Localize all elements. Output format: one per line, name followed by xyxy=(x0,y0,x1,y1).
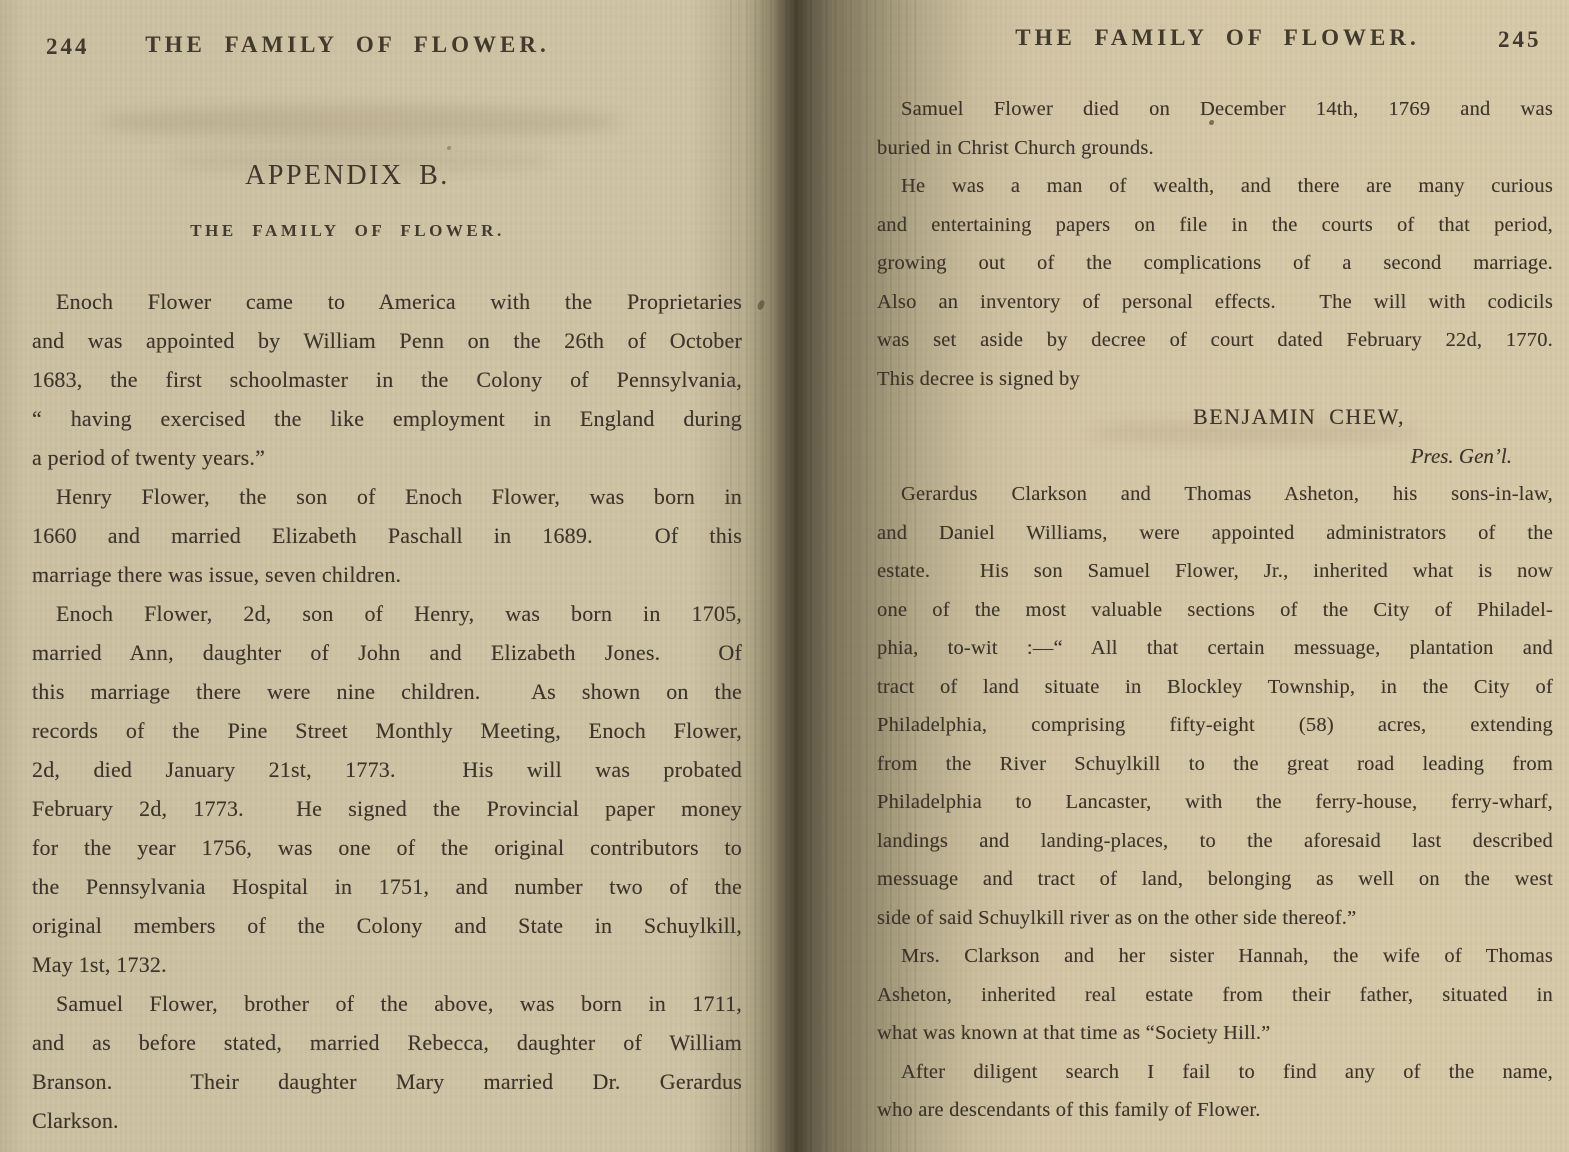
text-line: the Pennsylvania Hospital in 1751, and n… xyxy=(32,867,742,906)
right-page-number: 245 xyxy=(1498,27,1542,53)
text-line: Mrs. Clarkson and her sister Hannah, the… xyxy=(877,937,1553,976)
text-line: Enoch Flower came to America with the Pr… xyxy=(32,282,742,321)
paragraph: Samuel Flower died on December 14th, 176… xyxy=(877,90,1553,167)
right-page-paragraphs-top: Samuel Flower died on December 14th, 176… xyxy=(877,90,1553,398)
right-page-body: Samuel Flower died on December 14th, 176… xyxy=(877,90,1553,1130)
text-line: May 1st, 1732. xyxy=(32,945,742,984)
signature-block: BENJAMIN CHEW, Pres. Gen’l. xyxy=(877,398,1553,475)
text-line: Philadelphia, comprising fifty-eight (58… xyxy=(877,706,1553,745)
text-line: and as before stated, married Rebecca, d… xyxy=(32,1023,742,1062)
text-line: was set aside by decree of court dated F… xyxy=(877,321,1553,360)
left-running-title: THE FAMILY OF FLOWER. xyxy=(35,32,660,58)
left-page-body: Enoch Flower came to America with the Pr… xyxy=(32,282,742,1140)
text-line: He was a man of wealth, and there are ma… xyxy=(877,167,1553,206)
text-line: one of the most valuable sections of the… xyxy=(877,591,1553,630)
paragraph: He was a man of wealth, and there are ma… xyxy=(877,167,1553,398)
signature-title: Pres. Gen’l. xyxy=(877,437,1553,476)
text-line: buried in Christ Church grounds. xyxy=(877,129,1553,168)
signature-name: BENJAMIN CHEW, xyxy=(877,398,1553,437)
show-through-smudge xyxy=(100,105,620,139)
text-line: phia, to-wit :—“ All that certain messua… xyxy=(877,629,1553,668)
paragraph: After diligent search I fail to find any… xyxy=(877,1053,1553,1130)
text-line: and Daniel Williams, were appointed admi… xyxy=(877,514,1553,553)
text-line: Asheton, inherited real estate from thei… xyxy=(877,976,1553,1015)
appendix-heading: APPENDIX B. xyxy=(35,160,660,192)
paragraph: Henry Flower, the son of Enoch Flower, w… xyxy=(32,477,742,594)
ink-speck xyxy=(447,146,451,150)
text-line: 2d, died January 21st, 1773. His will wa… xyxy=(32,750,742,789)
text-line: records of the Pine Street Monthly Meeti… xyxy=(32,711,742,750)
text-line: marriage there was issue, seven children… xyxy=(32,555,742,594)
text-line: from the River Schuylkill to the great r… xyxy=(877,745,1553,784)
text-line: Also an inventory of personal effects. T… xyxy=(877,283,1553,322)
text-line: After diligent search I fail to find any… xyxy=(877,1053,1553,1092)
text-line: and was appointed by William Penn on the… xyxy=(32,321,742,360)
text-line: Clarkson. xyxy=(32,1101,742,1140)
appendix-subheading: THE FAMILY OF FLOWER. xyxy=(35,221,660,241)
text-line: tract of land situate in Blockley Townsh… xyxy=(877,668,1553,707)
book-spread-scan: 244 THE FAMILY OF FLOWER. APPENDIX B. TH… xyxy=(0,0,1569,1152)
text-line: 1683, the first schoolmaster in the Colo… xyxy=(32,360,742,399)
paragraph: Enoch Flower came to America with the Pr… xyxy=(32,282,742,477)
text-line: landings and landing-places, to the afor… xyxy=(877,822,1553,861)
paragraph: Samuel Flower, brother of the above, was… xyxy=(32,984,742,1140)
right-running-title: THE FAMILY OF FLOWER. xyxy=(895,25,1540,51)
text-line: who are descendants of this family of Fl… xyxy=(877,1091,1553,1130)
text-line: what was known at that time as “Society … xyxy=(877,1014,1553,1053)
right-page-paragraphs-bottom: Gerardus Clarkson and Thomas Asheton, hi… xyxy=(877,475,1553,1130)
text-line: this marriage there were nine children. … xyxy=(32,672,742,711)
text-line: Enoch Flower, 2d, son of Henry, was born… xyxy=(32,594,742,633)
text-line: This decree is signed by xyxy=(877,360,1553,399)
text-line: Samuel Flower died on December 14th, 176… xyxy=(877,90,1553,129)
text-line: married Ann, daughter of John and Elizab… xyxy=(32,633,742,672)
paragraph: Mrs. Clarkson and her sister Hannah, the… xyxy=(877,937,1553,1053)
text-line: messuage and tract of land, belonging as… xyxy=(877,860,1553,899)
text-line: “ having exercised the like employment i… xyxy=(32,399,742,438)
text-line: estate. His son Samuel Flower, Jr., inhe… xyxy=(877,552,1553,591)
text-line: and entertaining papers on file in the c… xyxy=(877,206,1553,245)
text-line: Samuel Flower, brother of the above, was… xyxy=(32,984,742,1023)
text-line: February 2d, 1773. He signed the Provinc… xyxy=(32,789,742,828)
text-line: original members of the Colony and State… xyxy=(32,906,742,945)
text-line: a period of twenty years.” xyxy=(32,438,742,477)
paragraph: Gerardus Clarkson and Thomas Asheton, hi… xyxy=(877,475,1553,937)
text-line: Philadelphia to Lancaster, with the ferr… xyxy=(877,783,1553,822)
text-line: Gerardus Clarkson and Thomas Asheton, hi… xyxy=(877,475,1553,514)
text-line: 1660 and married Elizabeth Paschall in 1… xyxy=(32,516,742,555)
text-line: Branson. Their daughter Mary married Dr.… xyxy=(32,1062,742,1101)
text-line: side of said Schuylkill river as on the … xyxy=(877,899,1553,938)
text-line: for the year 1756, was one of the origin… xyxy=(32,828,742,867)
text-line: growing out of the complications of a se… xyxy=(877,244,1553,283)
text-line: Henry Flower, the son of Enoch Flower, w… xyxy=(32,477,742,516)
paragraph: Enoch Flower, 2d, son of Henry, was born… xyxy=(32,594,742,984)
